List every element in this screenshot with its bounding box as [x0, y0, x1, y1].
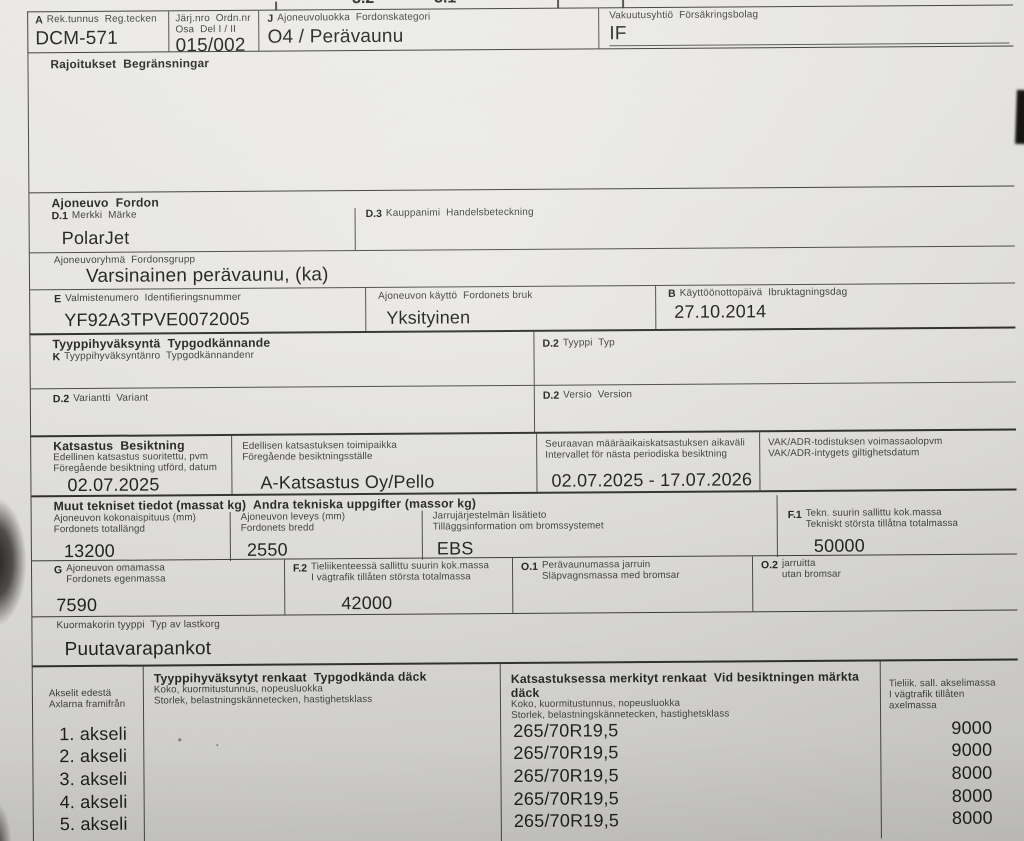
approved-tire-value [157, 788, 501, 813]
inspected-tire-value: 265/70R19,5 [514, 808, 881, 833]
approved-tire-value [156, 720, 500, 745]
restrictions-label: Rajoitukset Begränsningar [50, 50, 1013, 71]
field-code: O.1 [521, 561, 538, 573]
field-label-sv: I vägtrafik tillåten största totalmassa [311, 572, 489, 584]
field-intro-date: BKäyttöönottopäivä Ibruktagningsdag 27.1… [655, 283, 1015, 329]
print-speck [178, 738, 181, 741]
field-code: D.1 [52, 210, 68, 222]
column-sub-label-sv: Storlek, belastningskännetecken, hastigh… [154, 694, 500, 707]
inspected-tire-value: 265/70R19,5 [513, 740, 880, 765]
photo-edge-shadow [1015, 90, 1024, 144]
axle-mass-value: 8000 [882, 807, 993, 830]
field-vehicle-use: Ajoneuvon käyttö Fordonets bruk Yksityin… [365, 286, 655, 331]
section-technical-data: Muut tekniset tiedot (massat kg) Andra t… [31, 488, 1017, 560]
field-code: D.2 [542, 338, 558, 350]
field-code: E [54, 293, 61, 305]
field-version: D.2Versio Version [534, 381, 1016, 433]
field-trade-name: D.3Kauppanimi Handelsbeteckning [355, 203, 1015, 250]
axle-row-label: 4. akseli [60, 790, 144, 813]
field-label: Versio Version [563, 389, 632, 401]
field-code: K [53, 351, 61, 363]
field-code: A [35, 14, 43, 26]
print-speck [216, 744, 218, 746]
field-make: D.1Merkki Märke PolarJet [30, 208, 355, 252]
field-label-sv: Föregående besiktningsställe [242, 451, 536, 464]
field-label-sv: Släpvagnsmassa med bromsar [542, 571, 680, 583]
field-label-sv: Intervallet för nästa periodiska besiktn… [545, 449, 759, 461]
field-label-sv: utan bromsar [782, 569, 841, 580]
field-width: Ajoneuvon leveys (mm) Fordonets bredd 25… [230, 511, 422, 561]
approved-tire-value [157, 810, 501, 835]
field-next-inspection-interval: Seuraavan määräaikaiskatsastuksen aikavä… [536, 432, 759, 492]
section-vehicle: Ajoneuvo Fordon D.1Merkki Märke PolarJet… [28, 186, 1014, 253]
field-label-sv: Fordonets totallängd [54, 524, 230, 536]
approved-tire-value [156, 765, 500, 790]
row-masses: G Ajoneuvon omamassa Fordonets egenmassa… [31, 553, 1017, 616]
field-code: F.2 [293, 562, 307, 574]
vehicle-use-value: Yksityinen [378, 300, 655, 329]
make-value: PolarJet [52, 220, 355, 249]
axle-tire-table: Akselit edestä Axlarna framifrån 1. akse… [32, 658, 1019, 841]
field-code: F.1 [788, 509, 802, 521]
field-label: Ajoneuvoluokka Fordonskategori [277, 12, 430, 24]
field-trailer-mass-unbraked: O.2 jarruitta utan bromsar [752, 554, 1017, 611]
axle-row-label: 2. akseli [59, 745, 143, 768]
field-label: Tyyppihyväksyntänro Typgodkännandenr [64, 350, 254, 363]
field-code: J [267, 13, 273, 25]
last-inspection-date-value: 02.07.2025 [53, 473, 231, 495]
registration-number-value: DCM-571 [35, 27, 164, 50]
field-last-inspection-date: Katsastus Besiktning Edellinen katsastus… [31, 436, 231, 495]
column-axle-mass: Tieliik. sall. akselimassa I vägtrafik t… [880, 660, 1019, 838]
field-code: D.3 [366, 208, 382, 220]
axle-mass-value: 8000 [881, 762, 992, 785]
inspected-tire-value: 265/70R19,5 [513, 717, 880, 742]
axle-row-label: 5. akseli [60, 813, 144, 836]
field-code: G [54, 564, 62, 576]
vehicle-category-value: O4 / Perävaunu [267, 24, 594, 48]
field-vin: EValmistenumero Identifieringsnummer YF9… [30, 288, 365, 333]
row-vin-use-date: EValmistenumero Identifieringsnummer YF9… [29, 283, 1015, 333]
field-vehicle-category: JAjoneuvoluokka Fordonskategori O4 / Per… [258, 8, 598, 50]
top-cutoff-number: 3.2 [352, 0, 374, 8]
column-inspected-tires: Katsastuksessa merkityt renkaat Vid besi… [500, 661, 881, 841]
column-axles: Akselit edestä Axlarna framifrån 1. akse… [33, 667, 144, 841]
registration-form: 3.2 3.1 ARek.tunnus Reg.tecken DCM-571 J… [0, 0, 1024, 841]
photo-corner-shadow [0, 801, 12, 841]
max-road-mass-value: 42000 [293, 592, 512, 615]
column-approved-tires: Tyyppihyväksytyt renkaat Typgodkända däc… [143, 664, 501, 841]
field-label: Merkki Märke [72, 210, 137, 222]
top-cutoff-number: 3.1 [434, 0, 456, 8]
axle-mass-value: 9000 [881, 739, 992, 762]
field-code: D.2 [53, 393, 69, 405]
field-label: Käyttöönottopäivä Ibruktagningsdag [680, 287, 848, 299]
field-label: Rek.tunnus Reg.tecken [47, 13, 157, 25]
field-total-length: Ajoneuvon kokonaispituus (mm) Fordonets … [32, 512, 230, 562]
curb-mass-value: 7590 [54, 594, 284, 617]
header-row: ARek.tunnus Reg.tecken DCM-571 Järj.nro … [27, 4, 1013, 53]
approved-tire-value [156, 743, 500, 768]
field-inspection-place: Edellisen katsastuksen toimipaikka Föreg… [231, 434, 536, 494]
field-label-sv: Tekniskt största tillåtna totalmassa [806, 519, 958, 531]
registration-document-photo: 3.2 3.1 ARek.tunnus Reg.tecken DCM-571 J… [0, 0, 1024, 841]
field-code: B [668, 288, 676, 300]
axle-mass-value: 9000 [881, 717, 992, 740]
field-label-sv: Fordonets bredd [241, 522, 422, 534]
field-sequence-number: Järj.nro Ordn.nr Osa Del I / II 015/002 [168, 11, 258, 52]
field-max-technical-mass: F.1 Tekn. suurin sallittu kok.massa Tekn… [777, 493, 1017, 557]
field-curb-mass: G Ajoneuvon omamassa Fordonets egenmassa… [32, 560, 284, 617]
field-label-sv: Tilläggsinformation om bromssystemet [433, 520, 777, 533]
field-variant: D.2Variantti Variant [31, 385, 534, 438]
field-cargo-body-type: Kuormakorin tyyppi Typ av lastkorg Puuta… [31, 609, 1017, 665]
field-label-sv: Fordonets egenmassa [66, 574, 165, 585]
field-label: Vakuutusyhtiö Försäkringsbolag [609, 8, 1009, 22]
insurer-value: IF [609, 21, 1009, 47]
field-insurer: Vakuutusyhtiö Försäkringsbolag IF [598, 5, 1013, 48]
field-label: Osa Del I / II [175, 24, 254, 36]
field-label-sv: VAK/ADR-intygets giltighetsdatum [768, 447, 1016, 459]
field-brake-system-info: Jarrujärjestelmän lisätieto Tilläggsinfo… [422, 508, 777, 559]
field-type: D.2Tyyppi Typ [533, 328, 1015, 384]
axle-row-label: 1. akseli [59, 723, 143, 746]
field-label: Tyyppi Typ [563, 337, 615, 349]
column-label-l3: axelmassa [889, 700, 1018, 712]
section-type-approval: Tyyppihyväksyntä Typgodkännande KTyyppih… [29, 326, 1016, 435]
field-code: D.2 [543, 390, 559, 402]
field-type-approval-number: Tyyppihyväksyntä Typgodkännande KTyyppih… [30, 332, 533, 389]
intro-date-value: 27.10.2014 [668, 297, 1015, 322]
field-trailer-mass-braked: O.1 Perävaunumassa jarruin Släpvagnsmass… [512, 556, 752, 613]
inspection-place-value: A-Katsastus Oy/Pello [242, 471, 536, 494]
field-registration-number: ARek.tunnus Reg.tecken DCM-571 [28, 11, 168, 52]
field-label: Järj.nro Ordn.nr [175, 13, 254, 25]
photo-shadow-wedge [0, 497, 27, 627]
field-label: Kauppanimi Handelsbeteckning [386, 207, 534, 219]
axle-mass-value: 8000 [882, 784, 993, 807]
next-inspection-interval-value: 02.07.2025 - 17.07.2026 [545, 469, 759, 491]
column-title: Katsastuksessa merkityt renkaat Vid besi… [511, 669, 880, 700]
axle-row-label: 3. akseli [59, 768, 143, 791]
field-max-road-mass: F.2 Tieliikenteessä sallittu suurin kok.… [284, 558, 512, 615]
section-inspection: Katsastus Besiktning Edellinen katsastus… [30, 428, 1016, 495]
field-label: Variantti Variant [73, 393, 148, 405]
vin-value: YF92A3TPVE0072005 [54, 303, 365, 331]
column-label-sv: Axlarna framifrån [49, 699, 143, 710]
inspected-tire-value: 265/70R19,5 [513, 763, 880, 788]
inspected-tire-value: 265/70R19,5 [514, 785, 881, 810]
field-label: Valmistenumero Identifieringsnummer [65, 292, 241, 304]
field-restrictions: Rajoitukset Begränsningar [27, 46, 1014, 193]
field-vak-adr-validity: VAK/ADR-todistuksen voimassaolopvm VAK/A… [759, 430, 1016, 490]
field-code: O.2 [761, 559, 778, 571]
